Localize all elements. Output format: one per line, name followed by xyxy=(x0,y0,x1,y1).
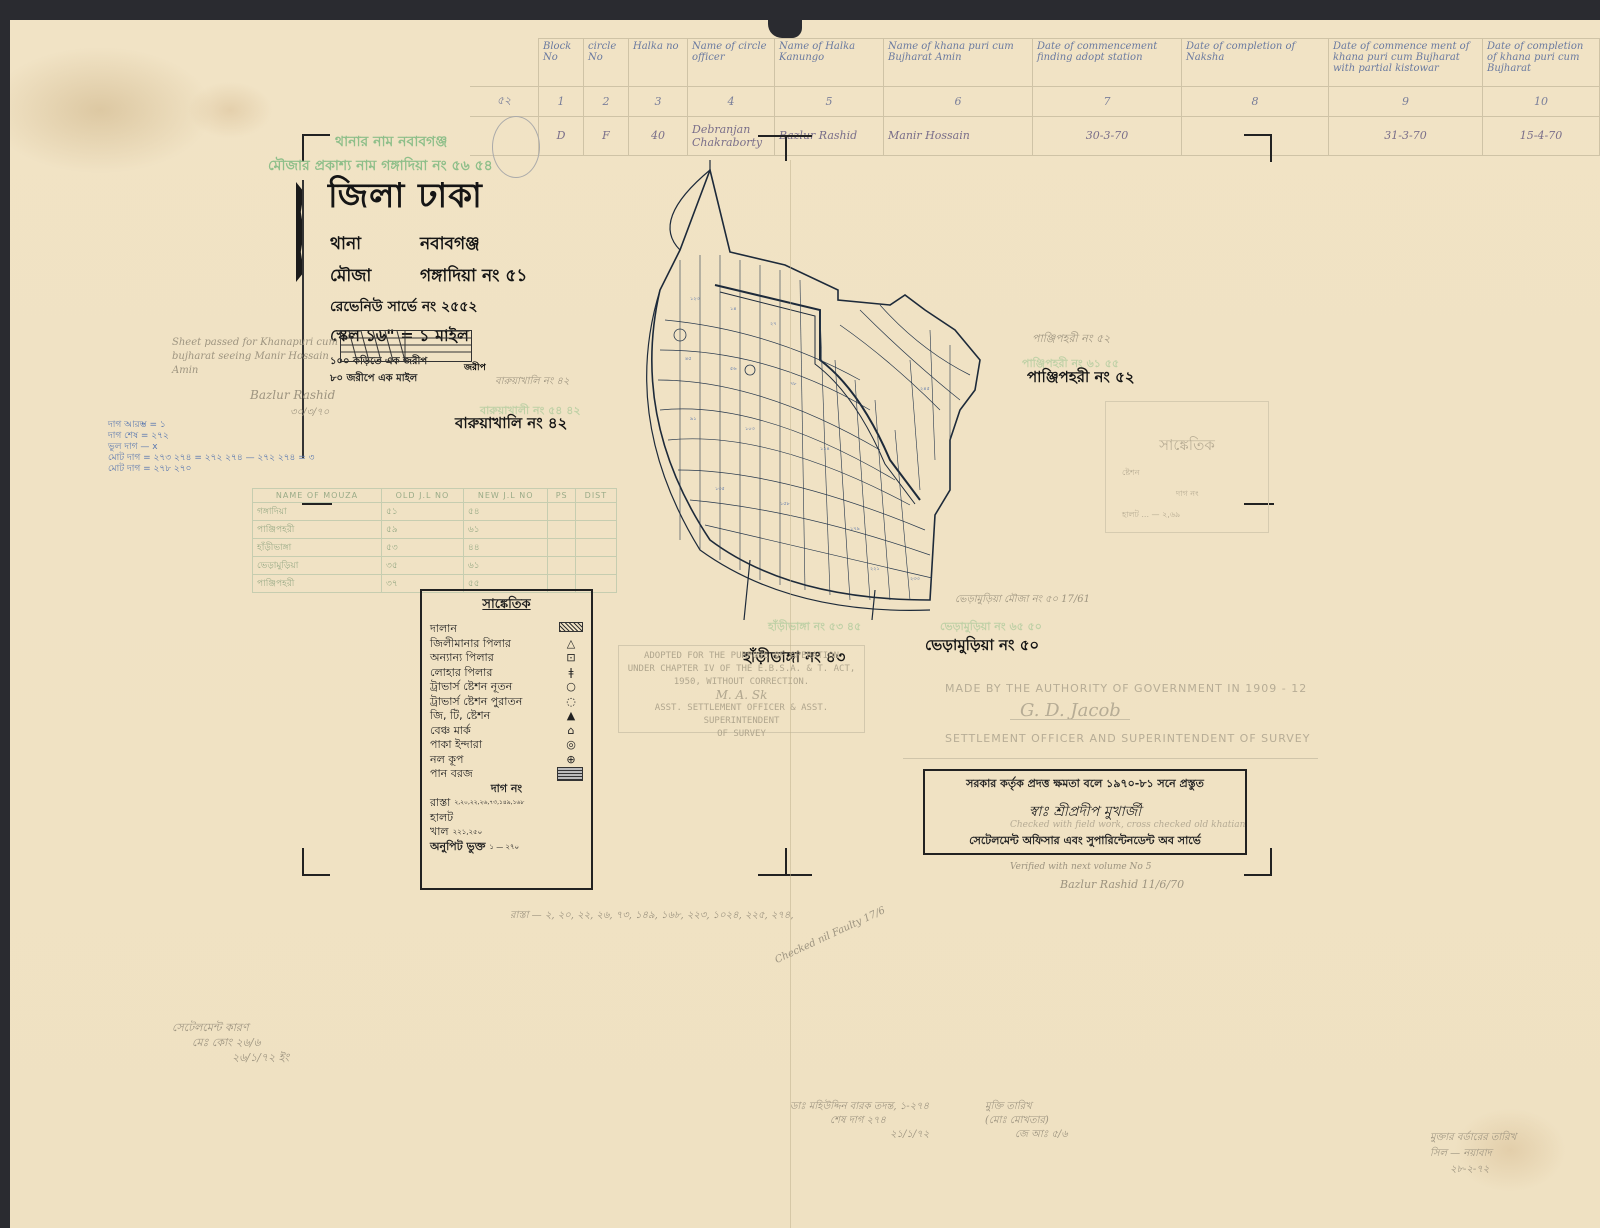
legend-item: ট্রাভার্স ষ্টেশন নূতন○ xyxy=(422,680,591,695)
thana-label: থানা xyxy=(330,231,420,259)
stamp-line-1: সরকার কর্তৃক প্রদত্ত ক্ষমতা বলে ১৯৭০-৮১ … xyxy=(925,775,1245,794)
center-tick xyxy=(785,848,787,874)
legend-title: সাঙ্কেতিক xyxy=(422,595,591,616)
stamp-line-3: সেটেলমেন্ট অফিসার এবং সুপারিন্টেনডেন্ট অ… xyxy=(925,832,1245,851)
pencil-circle xyxy=(492,116,540,178)
summary-line: দাগ শেষ = ২৭২ xyxy=(108,431,315,442)
legend-item: নল কূপ⊕ xyxy=(422,753,591,768)
bottom-center-right-note: মুক্তি তারিখ (মোঃ মোখতার) জে আঃ ৫/৬ xyxy=(985,1100,1068,1142)
ledger-cell: 15-4-70 xyxy=(1483,116,1600,155)
mouza-cell: হাঁড়ীভাঙ্গা xyxy=(253,539,382,557)
mouza-row: গঙ্গাদিয়া৫১৫৪ xyxy=(253,503,617,521)
mouza-header: NEW J.L NO xyxy=(463,489,548,503)
dag-label: খাল xyxy=(430,825,449,840)
scale-bar xyxy=(340,330,472,362)
svg-text:৯১: ৯১ xyxy=(690,416,697,422)
stamp-note-3: Bazlur Rashid 11/6/70 xyxy=(1060,878,1184,891)
mouza-cell: পাঞ্জিপহরী xyxy=(253,575,382,593)
old-traverse-station-icon: ◌ xyxy=(559,695,583,710)
bottom-left-note: সেটেলমেন্ট কারণ মেঃ কোং ২৬/৬ ২৬/১/৭২ ইং xyxy=(172,1020,289,1065)
note-line: ২৮-২-৭২ xyxy=(1450,1162,1516,1178)
faded-legend-line: দাগ নং xyxy=(1176,488,1268,501)
neighbor-label-east: পাঞ্জিপহরী নং ৫২ xyxy=(1027,366,1135,391)
tube-well-icon: ⊕ xyxy=(559,753,583,768)
mouza-table: NAME OF MOUZA OLD J.L NO NEW J.L NO PS D… xyxy=(252,488,617,593)
note-line: ২১/১/৭২ xyxy=(890,1128,929,1142)
ledger-cell: Manir Hossain xyxy=(884,116,1033,155)
adopted-line: OF SURVEY xyxy=(619,728,864,741)
divider-line xyxy=(903,758,1318,759)
svg-text:৪৫: ৪৫ xyxy=(685,356,692,362)
svg-text:১৩৫: ১৩৫ xyxy=(715,486,725,492)
stamp-note-2: Verified with next volume No 5 xyxy=(1010,862,1151,872)
dag-value: ১ — ২৭০ xyxy=(489,840,519,855)
neighbor-old-south: হাঁড়ীভাঙ্গা নং ৫৩ ৪৫ xyxy=(768,618,861,637)
legend-label: পাকা ইন্দারা xyxy=(430,738,482,753)
legend-label: লোহার পিলার xyxy=(430,666,492,681)
note-line: মুক্তার বর্ডারের তারিখ xyxy=(1430,1130,1516,1146)
mouza-header: OLD J.L NO xyxy=(382,489,464,503)
neighbor-pencil-southeast: ভেড়ামুড়িয়া মৌজা নং ৫০ 17/61 xyxy=(955,592,1090,609)
dag-item: অনুপিট ভুক্ত১ — ২৭০ xyxy=(422,840,591,855)
bench-mark-icon: ⌂ xyxy=(559,724,583,739)
mouza-header: DIST xyxy=(575,489,616,503)
scale-bar-unit: জরীপ xyxy=(464,360,486,375)
mouza-row: হাঁড়ীভাঙ্গা৫৩৪৪ xyxy=(253,539,617,557)
bottom-right-note: মুক্তার বর্ডারের তারিখ সিল — নয়াবাদ ২৮-… xyxy=(1430,1130,1516,1178)
ledger-header: Name of khana puri cum Bujharat Amin xyxy=(884,39,1033,87)
torn-notch xyxy=(768,18,802,38)
dag-header: দাগ নং xyxy=(422,782,591,797)
mouza-cell: গঙ্গাদিয়া xyxy=(253,503,382,521)
ledger-header: circle No xyxy=(584,39,629,87)
center-tick xyxy=(785,135,787,161)
adopted-stamp: ADOPTED FOR THE PURPOSE OF OPERATION UND… xyxy=(618,645,865,733)
dag-label: অনুপিট ভুক্ত xyxy=(430,840,485,855)
district-title: জিলা ঢাকা xyxy=(328,170,610,227)
legend-label: জি, টি, ষ্টেশন xyxy=(430,709,490,724)
faded-legend-line: হালট ... — ২,৬৯ xyxy=(1122,509,1268,522)
note-line: মেঃ কোং ২৬/৬ xyxy=(192,1035,289,1050)
fold-line xyxy=(790,160,791,1228)
legend-item: দালান xyxy=(422,622,591,637)
svg-text:২৪৫: ২৪৫ xyxy=(920,386,930,392)
mouza-cell: ৫৪ xyxy=(463,503,548,521)
column-number: 10 xyxy=(1483,86,1600,116)
legend-item: বেঞ্চ মার্ক⌂ xyxy=(422,724,591,739)
svg-text:১৫৮: ১৫৮ xyxy=(780,501,790,507)
dag-header-label: দাগ নং xyxy=(491,782,522,797)
dag-item: রাস্তা২,২০,২২,২৬,৭৩,১৪৯,১৬৮ xyxy=(422,796,591,811)
ledger-cell: F xyxy=(584,116,629,155)
crop-mark xyxy=(302,848,330,876)
boundary-pillar-icon: △ xyxy=(559,637,583,652)
handover-note: Sheet passed for Khanapuri cum bujharat … xyxy=(172,336,342,378)
khatian-summary: দাগ আরম্ভ = ১ দাগ শেষ = ২৭২ ভুল দাগ — x … xyxy=(108,420,315,475)
mouza-cell: ৫৩ xyxy=(382,539,464,557)
column-number: 8 xyxy=(1182,86,1329,116)
ledger-header: Block No xyxy=(539,39,584,87)
column-number: 4 xyxy=(688,86,775,116)
column-number: 5 xyxy=(775,86,884,116)
dag-item: হালট xyxy=(422,811,591,826)
new-traverse-station-icon: ○ xyxy=(559,680,583,695)
faded-legend-box: সাঙ্কেতিক ষ্টেশন দাগ নং হালট ... — ২,৬৯ xyxy=(1105,401,1269,533)
dag-item: খাল২২১,২৫০ xyxy=(422,825,591,840)
authority-signature: G. D. Jacob xyxy=(1020,700,1121,721)
svg-text:১০৩: ১০৩ xyxy=(745,426,755,432)
legend-label: দালান xyxy=(430,622,457,637)
legend-label: অন্যান্য পিলার xyxy=(430,651,494,666)
mouza-value: গঙ্গাদিয়া নং ৫১ xyxy=(420,266,527,286)
summary-line: দাগ আরম্ভ = ১ xyxy=(108,420,315,431)
scale-bar-grid xyxy=(341,331,471,361)
legend-label: ট্রাভার্স ষ্টেশন পুরাতন xyxy=(430,695,522,710)
legend-label: জিলীমানার পিলার xyxy=(430,637,511,652)
neighbor-label-west: বারুয়াখালি নং ৪২ xyxy=(455,412,567,437)
stamp-note: Checked with field work, cross checked o… xyxy=(1010,820,1245,830)
note-line: (মোঃ মোখতার) xyxy=(985,1114,1068,1128)
dag-value: ২,২০,২২,২৬,৭৩,১৪৯,১৬৮ xyxy=(454,796,524,811)
summary-line: মোট দাগ = ২৭৮ ২৭০ xyxy=(108,464,315,475)
column-number: 1 xyxy=(539,86,584,116)
ledger-header: Date of completion of Naksha xyxy=(1182,39,1329,87)
mouza-row: পাঞ্জিপহরী৫৯৬১ xyxy=(253,521,617,539)
svg-text:২৩৩: ২৩৩ xyxy=(910,576,921,582)
legend-item: লোহার পিলারǂ xyxy=(422,666,591,681)
svg-text:১১৪: ১১৪ xyxy=(820,446,830,452)
ledger-cell: D xyxy=(539,116,584,155)
signature-underline xyxy=(1010,719,1130,720)
faded-legend-title: সাঙ্কেতিক xyxy=(1106,434,1268,459)
column-number: 7 xyxy=(1033,86,1182,116)
column-number: 3 xyxy=(629,86,688,116)
dag-label: রাস্তা xyxy=(430,796,450,811)
other-pillar-icon: ⊡ xyxy=(559,651,583,666)
dag-value: ২২১,২৫০ xyxy=(453,825,483,840)
note-line: ডাঃ মহিউদ্দিন বারক তদন্ত, ১-২৭৪ xyxy=(790,1100,929,1114)
ledger-cell: 30-3-70 xyxy=(1033,116,1182,155)
betel-garden-hatch-icon xyxy=(557,767,583,781)
svg-text:৫৬: ৫৬ xyxy=(730,366,737,372)
legend-label: ট্রাভার্স ষ্টেশন নূতন xyxy=(430,680,512,695)
svg-text:১৪: ১৪ xyxy=(730,306,737,312)
note-line: মুক্তি তারিখ xyxy=(985,1100,1068,1114)
neighbor-label-southeast: ভেড়ামুড়িয়া নং ৫০ xyxy=(925,634,1039,659)
note-line: শেষ দাগ ২৭৪ xyxy=(830,1114,929,1128)
revenue-survey: রেভেনিউ সার্ভে নং ২৫৫২ xyxy=(330,295,610,319)
legend-item: জিলীমানার পিলার△ xyxy=(422,637,591,652)
legend-item: পান বরজ xyxy=(422,767,591,782)
mouza-header: NAME OF MOUZA xyxy=(253,489,382,503)
ledger-cell: 31-3-70 xyxy=(1329,116,1483,155)
mouza-cell: ৫১ xyxy=(382,503,464,521)
ledger-header: Date of commence ment of khana puri cum … xyxy=(1329,39,1483,87)
handover-signature: Bazlur Rashid xyxy=(250,388,335,402)
adopted-line: ADOPTED FOR THE PURPOSE OF OPERATION xyxy=(619,650,864,663)
adopted-signature: M. A. Sk xyxy=(619,689,864,702)
green-thana-name: থানার নাম নবাবগঞ্জ xyxy=(335,130,447,154)
legend-label: পান বরজ xyxy=(430,767,473,782)
dag-list-note: রাস্তা — ২, ২০, ২২, ২৬, ৭৩, ১৪৯, ১৬৮, ২২… xyxy=(510,908,794,925)
thana-row: থানানবাবগঞ্জ xyxy=(330,231,610,259)
center-tick xyxy=(758,874,812,876)
crop-mark xyxy=(1244,848,1272,876)
bottom-center-note: ডাঃ মহিউদ্দিন বারক তদন্ত, ১-২৭৪ শেষ দাগ … xyxy=(790,1100,929,1142)
ledger-header: Name of circle officer xyxy=(688,39,775,87)
ledger-header: Halka no xyxy=(629,39,688,87)
note-line: সিল — নয়াবাদ xyxy=(1430,1146,1516,1162)
svg-text:২৭: ২৭ xyxy=(770,321,777,327)
ledger-header: Name of Halka Kanungo xyxy=(775,39,884,87)
svg-text:৭৮: ৭৮ xyxy=(790,381,797,387)
mouza-label: মৌজা xyxy=(330,263,420,291)
mouza-cell: ৪৪ xyxy=(463,539,548,557)
mouza-cell: ৫৯ xyxy=(382,521,464,539)
legend-item: জি, টি, ষ্টেশন▲ xyxy=(422,709,591,724)
ledger-cell: 40 xyxy=(629,116,688,155)
column-number: 2 xyxy=(584,86,629,116)
mouza-cell: ভেড়ামুড়িয়া xyxy=(253,557,382,575)
legend-item: ট্রাভার্স ষ্টেশন পুরাতন◌ xyxy=(422,695,591,710)
crop-mark xyxy=(1244,134,1272,162)
building-hatch-icon xyxy=(559,622,583,632)
adopted-line: UNDER CHAPTER IV OF THE E.B.S.A. & T. AC… xyxy=(619,663,864,676)
cadastral-map: ১২৩১৪২৭ ৪৫৫৬৭৮ ৯১১০৩১১৪ ১৩৫১৫৮১৭৯ ২২১২৩৩… xyxy=(620,160,1000,620)
pucca-well-icon: ◎ xyxy=(559,738,583,753)
column-number: 9 xyxy=(1329,86,1483,116)
ledger-header: Date of completion of khana puri cum Buj… xyxy=(1483,39,1600,87)
ledger-header: Date of commencement finding adopt stati… xyxy=(1033,39,1182,87)
faded-legend-line: ষ্টেশন xyxy=(1122,467,1268,480)
gt-station-icon: ▲ xyxy=(559,709,583,724)
note-line: সেটেলমেন্ট কারণ xyxy=(172,1020,289,1035)
government-stamp: সরকার কর্তৃক প্রদত্ত ক্ষমতা বলে ১৯৭০-৮১ … xyxy=(923,769,1247,855)
made-by-authority: MADE BY THE AUTHORITY OF GOVERNMENT IN 1… xyxy=(945,682,1307,695)
mouza-cell: পাঞ্জিপহরী xyxy=(253,521,382,539)
summary-line: ভুল দাগ — x xyxy=(108,442,315,453)
mouza-header: PS xyxy=(548,489,575,503)
iron-pillar-icon: ǂ xyxy=(559,666,583,681)
svg-text:১৭৯: ১৭৯ xyxy=(850,526,860,532)
neighbor-pencil-west: বারুয়াখালি নং ৪২ xyxy=(495,374,569,391)
ledger-side-note: ৫২ xyxy=(470,86,539,116)
mouza-cell: ৩৫ xyxy=(382,557,464,575)
note-line: জে আঃ ৫/৬ xyxy=(1015,1128,1068,1142)
svg-text:২২১: ২২১ xyxy=(870,566,880,572)
column-number: 6 xyxy=(884,86,1033,116)
neighbor-pencil-east: পাঞ্জিপহরী নং ৫২ xyxy=(1032,330,1110,349)
svg-text:১২৩: ১২৩ xyxy=(690,296,700,302)
adopted-line: ASST. SETTLEMENT OFFICER & ASST. SUPERIN… xyxy=(619,702,864,728)
legend-box: সাঙ্কেতিক দালান জিলীমানার পিলার△ অন্যান্… xyxy=(420,589,593,890)
note-line: ২৬/১/৭২ ইং xyxy=(232,1050,289,1065)
legend-item: পাকা ইন্দারা◎ xyxy=(422,738,591,753)
legend-label: নল কূপ xyxy=(430,753,463,768)
settlement-officer: SETTLEMENT OFFICER AND SUPERINTENDENT OF… xyxy=(945,732,1310,745)
dag-label: হালট xyxy=(430,811,453,826)
ledger-table: Block No circle No Halka no Name of circ… xyxy=(470,38,1600,156)
mouza-cell: ৬১ xyxy=(463,521,548,539)
summary-line: মোট দাগ = ২৭৩ ২৭৪ = ২৭২ ২৭৪ — ২৭২ ২৭৪ = … xyxy=(108,453,315,464)
thana-value: নবাবগঞ্জ xyxy=(420,234,480,254)
mouza-row: মৌজাগঙ্গাদিয়া নং ৫১ xyxy=(330,263,610,291)
legend-label: বেঞ্চ মার্ক xyxy=(430,724,471,739)
mouza-row: ভেড়ামুড়িয়া৩৫৬১ xyxy=(253,557,617,575)
legend-item: অন্যান্য পিলার⊡ xyxy=(422,651,591,666)
mouza-cell: ৬১ xyxy=(463,557,548,575)
